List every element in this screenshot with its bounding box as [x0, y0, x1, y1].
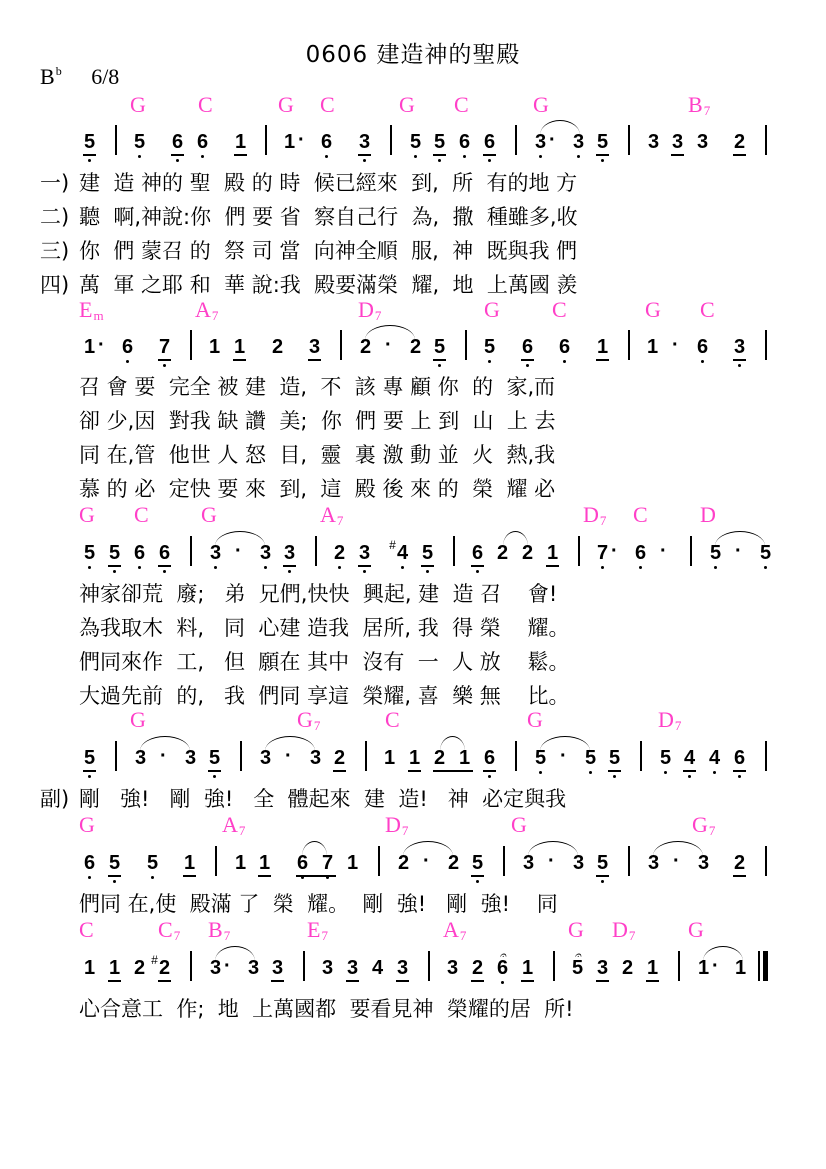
chord: B7 — [688, 92, 710, 119]
jianpu-note: 1 — [735, 958, 746, 978]
jianpu-note: 5 — [434, 132, 445, 152]
lower-octave-dot — [476, 570, 479, 573]
chord: G7 — [692, 812, 715, 839]
jianpu-note: 6 — [84, 853, 95, 873]
jianpu-note: 5 — [710, 543, 721, 563]
barline — [515, 125, 517, 155]
lower-octave-dot — [526, 364, 529, 367]
jianpu-note: 3 — [573, 132, 584, 152]
barline — [678, 951, 680, 981]
time-signature: 6/8 — [91, 64, 119, 89]
barline — [428, 951, 430, 981]
chord: G — [130, 707, 146, 733]
jianpu-note: 2 — [472, 958, 483, 978]
jianpu-note: 1 — [284, 132, 295, 152]
jianpu-note: 4 — [372, 958, 383, 978]
chord: A7 — [222, 812, 245, 839]
augmentation-dot: · — [285, 745, 292, 768]
jianpu-note: 2 — [410, 337, 421, 357]
chord: A7 — [320, 502, 343, 529]
lower-octave-dot — [539, 771, 542, 774]
lower-octave-dot — [163, 570, 166, 573]
jianpu-note: 2 — [448, 853, 459, 873]
jianpu-note: 3 — [260, 748, 271, 768]
jianpu-note: #4 — [397, 543, 408, 563]
jianpu-note: 5 — [147, 853, 158, 873]
underline-beam — [671, 154, 684, 156]
jianpu-note: 1 — [84, 337, 95, 357]
sharp-icon: # — [389, 535, 396, 555]
barline — [215, 846, 217, 876]
chord: A7 — [195, 297, 218, 324]
jianpu-note: 1 — [84, 958, 95, 978]
underline-beam — [271, 980, 284, 982]
final-barline — [763, 951, 768, 981]
barline — [365, 741, 367, 771]
augmentation-dot: · — [672, 334, 679, 357]
verse-label: 四) — [40, 273, 69, 297]
underline-beam — [546, 565, 559, 567]
underline-beam — [433, 154, 446, 156]
barline — [765, 741, 767, 771]
lyric-line: 慕 的 必 定快 要 來 到, 這 殿 後 來 的 榮 耀 必 — [79, 477, 555, 501]
lower-octave-dot — [738, 364, 741, 367]
augmentation-dot: · — [423, 850, 430, 873]
chord: B7 — [208, 917, 230, 944]
jianpu-note: 3 — [672, 132, 683, 152]
jianpu-note: 5 — [134, 132, 145, 152]
lower-octave-dot — [589, 771, 592, 774]
lower-octave-dot — [176, 159, 179, 162]
jianpu-note: 5 — [410, 132, 421, 152]
underline-beam — [521, 359, 534, 361]
jianpu-note: 1 — [235, 853, 246, 873]
barline — [515, 741, 517, 771]
barline — [240, 741, 242, 771]
barline — [628, 330, 630, 360]
jianpu-note: 1 — [109, 958, 120, 978]
chord: C — [198, 92, 213, 118]
lyric-line: 為我取木 料, 同 心建 造我 居所, 我 得 榮 耀。 — [79, 616, 570, 640]
chord: Em — [79, 297, 104, 324]
jianpu-note: 6 — [122, 337, 133, 357]
jianpu-note: 5 — [109, 853, 120, 873]
underline-beam — [483, 770, 496, 772]
key-signature: Bb 6/8 — [40, 64, 119, 90]
lower-octave-dot — [577, 155, 580, 158]
chord: G — [645, 297, 661, 323]
lower-octave-dot — [714, 566, 717, 569]
barline — [765, 125, 767, 155]
fermata-icon: 𝄐 — [499, 945, 506, 965]
chord: C — [134, 502, 149, 528]
jianpu-note: 3 — [284, 543, 295, 563]
jianpu-note: 2 — [622, 958, 633, 978]
jianpu-note: 5 — [109, 543, 120, 563]
lower-octave-dot — [601, 566, 604, 569]
underline-beam — [733, 359, 746, 361]
underline-beam — [521, 980, 534, 982]
chord: D7 — [358, 297, 381, 324]
jianpu-note: 6 — [297, 853, 308, 873]
augmentation-dot: · — [160, 745, 167, 768]
barline — [690, 536, 692, 566]
jianpu-note: 1 — [597, 337, 608, 357]
jianpu-note: 1 — [647, 337, 658, 357]
jianpu-note: 6 — [459, 132, 470, 152]
lower-octave-dot — [563, 360, 566, 363]
underline-beam — [471, 565, 484, 567]
jianpu-note: 3 — [309, 337, 320, 357]
verse-label: 二) — [40, 205, 69, 229]
jianpu-note: 1 — [384, 748, 395, 768]
jianpu-note: 6 — [697, 337, 708, 357]
jianpu-note: 4 — [709, 748, 720, 768]
sharp-icon: # — [151, 950, 158, 970]
jianpu-note: 3 — [359, 543, 370, 563]
jianpu-note: 6 — [635, 543, 646, 563]
jianpu-note: 6 — [321, 132, 332, 152]
chord: G — [201, 502, 217, 528]
chord: G — [79, 502, 95, 528]
key-accidental: b — [56, 64, 62, 78]
jianpu-note: 3 — [347, 958, 358, 978]
barline — [578, 536, 580, 566]
underline-beam — [733, 154, 746, 156]
lower-octave-dot — [476, 880, 479, 883]
lower-octave-dot — [325, 155, 328, 158]
jianpu-note: 3 — [697, 132, 708, 152]
jianpu-note: 3 — [397, 958, 408, 978]
jianpu-note: 1 — [234, 337, 245, 357]
lower-octave-dot — [288, 570, 291, 573]
jianpu-note: 3 — [535, 132, 546, 152]
augmentation-dot: · — [548, 850, 555, 873]
jianpu-note: 2 — [334, 543, 345, 563]
verse-label: 一) — [40, 171, 69, 195]
chord: E7 — [307, 917, 328, 944]
lower-octave-dot — [88, 876, 91, 879]
barline — [628, 125, 630, 155]
underline-beam — [83, 154, 96, 156]
barline — [115, 125, 117, 155]
jianpu-note: 5 — [209, 748, 220, 768]
lower-octave-dot — [213, 775, 216, 778]
jianpu-note: 5 — [84, 748, 95, 768]
jianpu-note: 3 — [734, 337, 745, 357]
jianpu-note: 3 — [648, 853, 659, 873]
lyric-line: 們同來作 工, 但 願在 其中 沒有 一 人 放 鬆。 — [79, 650, 570, 674]
lower-octave-dot — [113, 570, 116, 573]
jianpu-note: 6 — [522, 337, 533, 357]
lower-octave-dot — [138, 155, 141, 158]
augmentation-dot: · — [385, 334, 392, 357]
underline-beam — [683, 770, 696, 772]
jianpu-note: 5 — [484, 337, 495, 357]
lower-octave-dot — [264, 566, 267, 569]
chord: C — [633, 502, 648, 528]
lyric-line: 大過先前 的, 我 們同 享這 榮耀, 喜 樂 無 比。 — [79, 684, 570, 708]
underline-beam — [433, 770, 473, 772]
jianpu-note: 6 — [172, 132, 183, 152]
underline-beam — [83, 770, 96, 772]
augmentation-dot: · — [673, 850, 680, 873]
chord: C — [552, 297, 567, 323]
underline-beam — [333, 770, 346, 772]
jianpu-note: 4 — [684, 748, 695, 768]
barline — [190, 330, 192, 360]
lower-octave-dot — [688, 775, 691, 778]
underline-beam — [733, 875, 746, 877]
underline-beam — [158, 980, 171, 982]
chord: G — [278, 92, 294, 118]
jianpu-note: 3 — [185, 748, 196, 768]
jianpu-note: 3 — [260, 543, 271, 563]
augmentation-dot: · — [549, 129, 556, 152]
barline — [315, 536, 317, 566]
barline — [758, 951, 760, 981]
underline-beam — [233, 359, 246, 361]
jianpu-note: 1 — [259, 853, 270, 873]
augmentation-dot: · — [712, 955, 719, 978]
chord: G — [533, 92, 549, 118]
lower-octave-dot — [438, 364, 441, 367]
chord: G — [399, 92, 415, 118]
lower-octave-dot — [601, 159, 604, 162]
lower-octave-dot — [463, 155, 466, 158]
lower-octave-dot — [738, 775, 741, 778]
underline-beam — [308, 359, 321, 361]
jianpu-note: 7 — [322, 853, 333, 873]
chord: D7 — [385, 812, 408, 839]
jianpu-note: 2 — [734, 853, 745, 873]
jianpu-note: 3 — [210, 958, 221, 978]
lower-octave-dot — [488, 775, 491, 778]
lower-octave-dot — [601, 880, 604, 883]
jianpu-note: 5 — [434, 337, 445, 357]
jianpu-note: 1 — [647, 958, 658, 978]
lyric-line: 你 們 蒙召 的 祭 司 當 向神全順 服, 神 既與我 們 — [79, 239, 577, 263]
jianpu-note: 1 — [209, 337, 220, 357]
lower-octave-dot — [613, 775, 616, 778]
lyric-line: 建 造 神的 聖 殿 的 時 候已經來 到, 所 有的地 方 — [79, 171, 577, 195]
lower-octave-dot — [88, 159, 91, 162]
lower-octave-dot — [363, 159, 366, 162]
chord: D7 — [583, 502, 606, 529]
jianpu-note: 2 — [434, 748, 445, 768]
augmentation-dot: · — [224, 955, 231, 978]
barline — [265, 125, 267, 155]
jianpu-note: 1 — [235, 132, 246, 152]
underline-beam — [283, 565, 296, 567]
augmentation-dot: · — [735, 540, 742, 563]
underline-beam — [396, 980, 409, 982]
underline-beam — [646, 980, 659, 982]
lyric-line: 剛 強! 剛 強! 全 體起來 建 造! 神 必定與我 — [79, 787, 566, 811]
lower-octave-dot — [664, 771, 667, 774]
jianpu-note: 3 — [698, 853, 709, 873]
jianpu-note: 3 — [597, 958, 608, 978]
augmentation-dot: · — [98, 334, 105, 357]
jianpu-note: 2 — [398, 853, 409, 873]
chord: G — [688, 917, 704, 943]
underline-beam — [471, 980, 484, 982]
page-title: 0606 建造神的聖殿 — [0, 36, 826, 69]
jianpu-note: 1 — [347, 853, 358, 873]
jianpu-note: 3 — [135, 748, 146, 768]
underline-beam — [158, 359, 171, 361]
jianpu-note: 2 — [497, 543, 508, 563]
lower-octave-dot — [426, 570, 429, 573]
jianpu-note: 3 — [447, 958, 458, 978]
barline — [340, 330, 342, 360]
underline-beam — [158, 565, 171, 567]
lyric-line: 卻 少,因 對我 缺 讚 美; 你 們 要 上 到 山 上 去 — [79, 409, 556, 433]
lower-octave-dot — [764, 566, 767, 569]
underline-beam — [208, 770, 221, 772]
underline-beam — [421, 565, 434, 567]
underline-beam — [108, 980, 121, 982]
barline — [378, 846, 380, 876]
jianpu-note: 1 — [459, 748, 470, 768]
barline — [640, 741, 642, 771]
chord: D — [700, 502, 716, 528]
lyric-line: 心合意工 作; 地 上萬國都 要看見神 榮耀的居 所! — [79, 997, 574, 1021]
jianpu-note: 6 — [734, 748, 745, 768]
chord: G — [130, 92, 146, 118]
barline — [765, 846, 767, 876]
jianpu-note: 𝄐5 — [572, 958, 583, 978]
barline — [303, 951, 305, 981]
jianpu-note: 3 — [310, 748, 321, 768]
lower-octave-dot — [151, 876, 154, 879]
jianpu-note: 6 — [472, 543, 483, 563]
underline-beam — [596, 154, 609, 156]
verse-label: 三) — [40, 239, 69, 263]
jianpu-note: 6 — [134, 543, 145, 563]
jianpu-note: 1 — [547, 543, 558, 563]
lower-octave-dot — [401, 566, 404, 569]
jianpu-note: #2 — [159, 958, 170, 978]
jianpu-note: 1 — [409, 748, 420, 768]
chord: C — [454, 92, 469, 118]
lower-octave-dot — [501, 981, 504, 984]
jianpu-note: 5 — [535, 748, 546, 768]
chord: G — [79, 812, 95, 838]
lower-octave-dot — [363, 570, 366, 573]
lower-octave-dot — [88, 775, 91, 778]
jianpu-note: 6 — [559, 337, 570, 357]
jianpu-note: 3 — [523, 853, 534, 873]
lower-octave-dot — [201, 155, 204, 158]
jianpu-note: 5 — [84, 132, 95, 152]
augmentation-dot: · — [660, 540, 667, 563]
underline-beam — [358, 565, 371, 567]
jianpu-note: 3 — [272, 958, 283, 978]
barline — [190, 951, 192, 981]
lower-octave-dot — [713, 771, 716, 774]
jianpu-note: 2 — [272, 337, 283, 357]
jianpu-note: 5 — [660, 748, 671, 768]
lower-octave-dot — [126, 360, 129, 363]
lyric-line: 召 會 要 完全 被 建 造, 不 該 專 顧 你 的 家,而 — [79, 375, 555, 399]
augmentation-dot: · — [235, 540, 242, 563]
chord: G — [568, 917, 584, 943]
underline-beam — [358, 154, 371, 156]
underline-beam — [596, 980, 609, 982]
lyric-line: 萬 軍 之耶 和 華 說:我 殿要滿榮 耀, 地 上萬國 羨 — [79, 273, 578, 297]
jianpu-note: 3 — [648, 132, 659, 152]
fermata-icon: 𝄐 — [574, 945, 581, 965]
chord: G — [484, 297, 500, 323]
jianpu-note: 6 — [484, 748, 495, 768]
chord: D7 — [612, 917, 635, 944]
lower-octave-dot — [438, 159, 441, 162]
chord: C — [385, 707, 400, 733]
lower-octave-dot — [138, 566, 141, 569]
chorus-label: 副) — [40, 787, 69, 811]
jianpu-note: 5 — [597, 853, 608, 873]
jianpu-note: 2 — [734, 132, 745, 152]
jianpu-note: 5 — [422, 543, 433, 563]
jianpu-note: 6 — [197, 132, 208, 152]
jianpu-note: 1 — [522, 958, 533, 978]
lower-octave-dot — [113, 880, 116, 883]
underline-beam — [596, 875, 609, 877]
underline-beam — [483, 154, 496, 156]
underline-beam — [596, 359, 609, 361]
lower-octave-dot — [88, 566, 91, 569]
jianpu-note: 1 — [184, 853, 195, 873]
jianpu-note: 2 — [334, 748, 345, 768]
underline-beam — [296, 875, 336, 877]
jianpu-note: 2 — [134, 958, 145, 978]
barline — [115, 741, 117, 771]
chord: D7 — [658, 707, 681, 734]
chord: C — [79, 917, 94, 943]
barline — [553, 951, 555, 981]
chord: G7 — [297, 707, 320, 734]
augmentation-dot: · — [611, 540, 618, 563]
lyric-line: 聽 啊,神說:你 們 要 省 察自己行 為, 撒 種雖多,收 — [79, 205, 578, 229]
barline — [190, 536, 192, 566]
jianpu-note: 3 — [359, 132, 370, 152]
jianpu-note: 5 — [760, 543, 771, 563]
lower-octave-dot — [639, 566, 642, 569]
jianpu-note: 1 — [698, 958, 709, 978]
jianpu-note: 3 — [573, 853, 584, 873]
barline — [453, 536, 455, 566]
jianpu-note: 3 — [248, 958, 259, 978]
underline-beam — [408, 770, 421, 772]
jianpu-note: 3 — [210, 543, 221, 563]
jianpu-note: 5 — [472, 853, 483, 873]
jianpu-note: 𝄐6 — [497, 958, 508, 978]
jianpu-note: 5 — [585, 748, 596, 768]
jianpu-note: 3 — [322, 958, 333, 978]
chord: C — [320, 92, 335, 118]
barline — [390, 125, 392, 155]
jianpu-note: 7 — [597, 543, 608, 563]
underline-beam — [433, 359, 446, 361]
underline-beam — [234, 154, 247, 156]
lower-octave-dot — [488, 159, 491, 162]
jianpu-note: 5 — [597, 132, 608, 152]
underline-beam — [108, 875, 121, 877]
lower-octave-dot — [214, 566, 217, 569]
underline-beam — [108, 565, 121, 567]
jianpu-note: 7 — [159, 337, 170, 357]
